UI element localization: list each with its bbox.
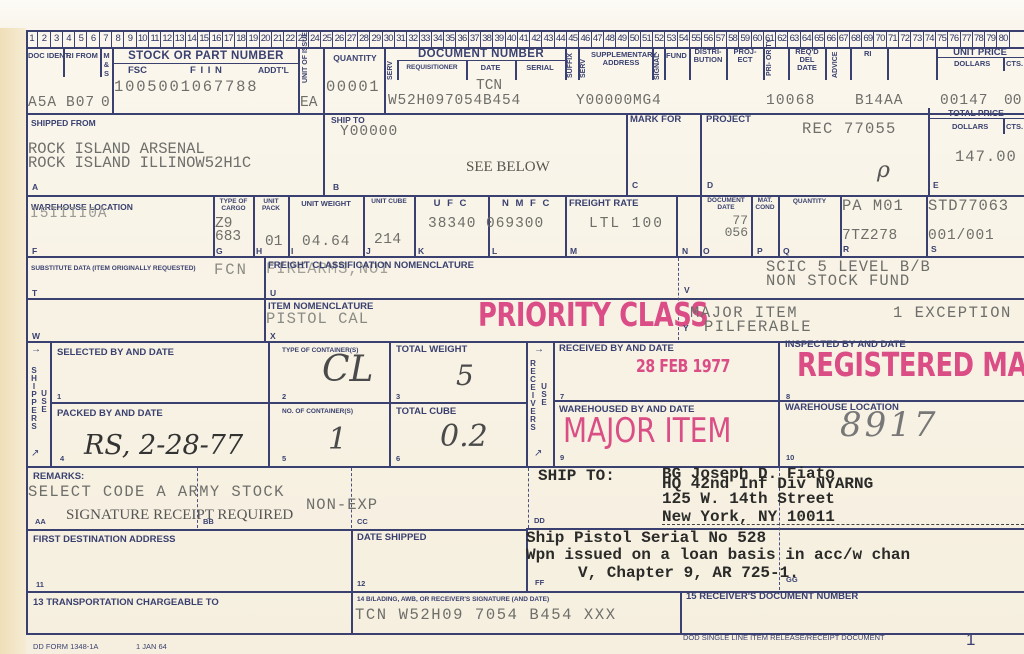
no-of-containers-value: 1 <box>328 425 347 455</box>
block-l-letter: L <box>492 247 497 256</box>
column-number-cell: 64 <box>801 30 813 47</box>
cc-label: CC <box>357 518 368 526</box>
receivers-document-number-label: 15 RECEIVER'S DOCUMENT NUMBER <box>686 592 858 602</box>
column-number-cell: 69 <box>862 30 874 47</box>
column-number-cell: 19 <box>247 30 259 47</box>
m-s-label: M & S <box>101 51 112 78</box>
block-w-letter: W <box>32 332 40 341</box>
column-number-cell: 55 <box>690 30 702 47</box>
column-number-cell: 58 <box>727 30 739 47</box>
column-number-cell: 7 <box>100 30 112 47</box>
serv2-label: SERV <box>580 59 587 78</box>
ufc-label: U F C <box>414 199 488 209</box>
registered-mail-stamp: REGISTERED MAIL <box>797 348 1024 381</box>
stock-or-part-number-label: STOCK OR PART NUMBER <box>114 51 298 63</box>
remarks-line-2: SIGNATURE RECEIPT REQUIRED <box>66 508 293 523</box>
rule <box>323 47 325 113</box>
column-number-cell: 27 <box>346 30 358 47</box>
block-n-letter: N <box>682 247 688 256</box>
quantity-label: QUANTITY <box>326 54 384 63</box>
column-number-cell: 77 <box>961 30 973 47</box>
unit-of-issue-value: EA <box>300 96 317 111</box>
block-m-letter: M <box>570 247 577 256</box>
warehouse-location-value: I5IIII0A <box>30 207 108 222</box>
serv-label: SERV <box>387 61 394 80</box>
rule <box>680 593 682 633</box>
project-code-label: PROJ- ECT <box>728 48 762 64</box>
column-number-cell: 1 <box>26 30 38 47</box>
receivers-warehouse-location-num: 10 <box>786 454 794 462</box>
column-number-cell: 37 <box>469 30 481 47</box>
torn-top-edge <box>0 0 1024 28</box>
block-u-letter: U <box>270 289 276 298</box>
shipped-from-line-2: ROCK ISLAND ILLINOW52H1C <box>28 156 251 172</box>
quantity-value: 00001 <box>326 80 380 96</box>
block-r-line-1: PA M01 <box>842 199 904 215</box>
aa-label: AA <box>35 518 46 526</box>
column-number-cell: 48 <box>604 30 616 47</box>
mark-for-label: MARK FOR <box>630 115 681 125</box>
column-number-cell: 18 <box>235 30 247 47</box>
column-number-cell: 70 <box>874 30 886 47</box>
block-x-letter: X <box>270 332 276 341</box>
column-number-cell: 21 <box>272 30 284 47</box>
column-number-cell: 50 <box>629 30 641 47</box>
column-number-cell: 65 <box>813 30 825 47</box>
ri-from-value: B07 <box>66 96 95 111</box>
mat-cond-label: MAT. COND <box>752 197 778 211</box>
total-price-label: TOTAL PRICE <box>928 109 1024 118</box>
unit-weight-label: UNIT WEIGHT <box>289 200 363 208</box>
column-number-cell: 22 <box>284 30 296 47</box>
unit-cube-label: UNIT CUBE <box>364 198 414 205</box>
type-of-cargo-value: Z9 683 <box>215 218 251 244</box>
rule <box>351 593 353 633</box>
arrow-right-icon: → <box>534 345 544 355</box>
column-number-cell: 49 <box>616 30 628 47</box>
major-item-stamp: MAJOR ITEM <box>563 414 731 448</box>
date-shipped-num: 12 <box>357 580 365 588</box>
column-number-cell: 15 <box>198 30 210 47</box>
packed-by-label: PACKED BY AND DATE <box>57 409 163 419</box>
column-number-cell: 6 <box>87 30 99 47</box>
column-number-cell: 46 <box>579 30 591 47</box>
priority-class-stamp: PRIORITY CLASS <box>478 298 708 331</box>
block-s-letter: S <box>931 245 937 254</box>
date-label: DATE <box>466 64 515 72</box>
block-h-letter: H <box>256 247 262 256</box>
type-of-containers-num: 2 <box>282 393 286 401</box>
arrow-up-right-icon: ↗ <box>31 449 39 459</box>
column-number-cell: 72 <box>899 30 911 47</box>
ff-label: FF <box>535 579 544 587</box>
rule <box>700 113 702 195</box>
column-number-cell: 30 <box>383 30 395 47</box>
total-weight-label: TOTAL WEIGHT <box>396 345 467 355</box>
packed-by-num: 4 <box>60 455 64 463</box>
received-by-num: 7 <box>560 393 564 401</box>
shipped-from-label: SHIPPED FROM <box>31 119 96 128</box>
remarks-line-3: NON-EXP <box>306 498 378 514</box>
block-r-line-2: 7TZ278 <box>842 229 898 244</box>
rule <box>763 47 765 80</box>
column-number-cell: 71 <box>887 30 899 47</box>
rule <box>1003 118 1005 134</box>
column-number-cell: 17 <box>223 30 235 47</box>
column-number-cell: 47 <box>592 30 604 47</box>
freight-classification-label: FREIGHT CLASSIFICATION NOMENCLATURE <box>268 261 474 271</box>
rule <box>676 195 678 256</box>
column-number-cell: 38 <box>481 30 493 47</box>
column-number-cell: 67 <box>838 30 850 47</box>
column-number-cell: 35 <box>444 30 456 47</box>
m-s-value: 0 <box>101 96 110 111</box>
column-number-cell: 54 <box>678 30 690 47</box>
total-cube-value: 0.2 <box>440 422 488 452</box>
column-number-row: 1234567891011121314151617181920212223242… <box>26 30 1010 47</box>
column-number-cell: 63 <box>788 30 800 47</box>
column-number-cell: 36 <box>456 30 468 47</box>
rule <box>626 113 628 195</box>
item-nomenclature-value: PISTOL CAL <box>266 312 369 328</box>
first-destination-num: 11 <box>36 581 44 589</box>
ship-to-underline <box>662 524 1024 525</box>
rule <box>26 30 1024 32</box>
project-value: REC 77055 <box>802 122 897 138</box>
total-weight-value: 5 <box>456 362 474 390</box>
bb-label: BB <box>203 518 214 526</box>
suffix-label: SUFFIX <box>567 53 574 78</box>
column-number-cell: 57 <box>715 30 727 47</box>
column-number-cell: 53 <box>665 30 677 47</box>
ri-from-label: RI FROM <box>66 52 98 60</box>
substitute-data-label: SUBSTITUTE DATA (ITEM ORIGINALLY REQUEST… <box>31 266 196 273</box>
block-f-letter: F <box>32 247 37 256</box>
bill-of-lading-value: TCN W52H09 7054 B454 XXX <box>355 608 617 624</box>
dd-label: DD <box>534 517 545 525</box>
fsc-label: FSC <box>128 66 147 76</box>
receivers-side-label: RECEIVERS <box>528 360 538 432</box>
nmfc-label: N M F C <box>502 199 551 209</box>
no-of-containers-label: NO. OF CONTAINER(S) <box>282 409 353 416</box>
type-of-containers-value: CL <box>322 352 373 388</box>
block-y-exception: 1 EXCEPTION <box>893 306 1012 322</box>
column-number-cell: 59 <box>739 30 751 47</box>
rule <box>26 466 1024 468</box>
column-number-cell: 24 <box>309 30 321 47</box>
rule <box>565 195 567 256</box>
unit-price-label: UNIT PRICE <box>936 48 1024 58</box>
rule <box>50 402 526 404</box>
unit-of-issue-label: UNIT OF ISSUE <box>302 32 309 83</box>
ship-to-block-label: SHIP TO: <box>538 468 615 484</box>
rule <box>26 591 1024 593</box>
column-number-cell: 10 <box>137 30 149 47</box>
packed-by-value: RS, 2-28-77 <box>84 432 243 459</box>
column-number-cell: 66 <box>825 30 837 47</box>
received-by-label: RECEIVED BY AND DATE <box>559 344 674 354</box>
rule <box>553 343 555 466</box>
serial-label: SERIAL <box>515 64 565 72</box>
column-number-cell: 4 <box>63 30 75 47</box>
distribution-label: DISTRI- BUTION <box>690 48 726 64</box>
document-date-label: DOCUMENT DATE <box>701 197 751 211</box>
rule <box>26 30 28 634</box>
rule <box>26 113 1024 115</box>
warehoused-by-num: 9 <box>560 454 564 462</box>
form-number: DD FORM 1348-1A <box>33 643 98 651</box>
column-number-cell: 26 <box>333 30 345 47</box>
block-t-letter: T <box>32 289 37 298</box>
block-g-letter: G <box>216 247 223 256</box>
column-number-cell: 73 <box>911 30 923 47</box>
selected-by-num: 1 <box>57 393 61 401</box>
received-date-stamp: 28 FEB 1977 <box>636 358 730 376</box>
use-side-label: USE <box>39 390 49 414</box>
total-cube-label: TOTAL CUBE <box>396 407 456 417</box>
column-number-cell: 79 <box>985 30 997 47</box>
inspected-by-num: 8 <box>786 393 790 401</box>
column-number-cell: 51 <box>641 30 653 47</box>
block-o-letter: O <box>703 247 710 256</box>
column-number-cell: 62 <box>776 30 788 47</box>
rule <box>928 118 1024 119</box>
column-number-cell: 42 <box>530 30 542 47</box>
rule <box>389 343 391 466</box>
quantity-q-label: QUANTITY <box>779 199 840 206</box>
use-side-label: USE <box>539 383 549 407</box>
arrow-right-icon: → <box>31 345 41 355</box>
column-number-cell: 75 <box>936 30 948 47</box>
column-number-cell: 45 <box>567 30 579 47</box>
column-number-cell: 68 <box>850 30 862 47</box>
block-y-line-2: PILFERABLE <box>704 320 812 336</box>
remarks-label: REMARKS: <box>33 472 84 482</box>
freight-rate-value: LTL 100 <box>589 217 664 232</box>
column-number-cell: 32 <box>407 30 419 47</box>
unit-pack-value: 01 <box>265 235 282 250</box>
ship-to-value: Y00000 <box>340 125 398 140</box>
dd-form-1348-1a: 1234567891011121314151617181920212223242… <box>0 0 1024 654</box>
ship-to-note: SEE BELOW <box>466 160 550 175</box>
freight-rate-label: FREIGHT RATE <box>569 199 639 209</box>
total-price-cts-label: CTS. <box>1006 123 1023 131</box>
total-price-dollars-label: DOLLARS <box>952 123 988 131</box>
stock-number-value: 1005001067788 <box>114 80 258 96</box>
project-label: PROJECT <box>706 115 751 125</box>
ri-label: RI <box>864 50 872 58</box>
receivers-warehouse-location-value: 8917 <box>840 408 939 442</box>
column-number-cell: 8 <box>112 30 124 47</box>
block-c-letter: C <box>632 181 638 190</box>
unit-weight-value: 04.64 <box>302 235 351 250</box>
doc-ident-value: A5A <box>28 96 57 111</box>
block-q-letter: Q <box>783 247 790 256</box>
project-priority-value: 10068 <box>766 94 816 109</box>
document-number-label: DOCUMENT NUMBER <box>397 49 565 61</box>
first-destination-label: FIRST DESTINATION ADDRESS <box>33 535 176 545</box>
rule <box>1003 57 1005 71</box>
column-number-cell: 33 <box>420 30 432 47</box>
unit-price-cts-label: CTS. <box>1006 60 1023 68</box>
bill-of-lading-label: 14 B/LADING, AWB, OR RECEIVER'S SIGNATUR… <box>357 597 549 604</box>
column-number-cell: 52 <box>653 30 665 47</box>
block-s-line-1: STD77063 <box>928 199 1009 215</box>
rule <box>778 343 780 466</box>
column-number-cell: 78 <box>973 30 985 47</box>
handwritten-initial: ρ <box>877 160 890 182</box>
transportation-chargeable-label: 13 TRANSPORTATION CHARGEABLE TO <box>33 598 219 608</box>
block-e-letter: E <box>933 181 939 190</box>
rule <box>384 47 386 113</box>
date-shipped-label: DATE SHIPPED <box>357 533 427 543</box>
rule <box>928 108 930 195</box>
column-number-cell: 16 <box>210 30 222 47</box>
column-number-cell: 2 <box>38 30 50 47</box>
rule <box>825 47 827 80</box>
column-number-cell: 76 <box>948 30 960 47</box>
rule <box>323 113 325 195</box>
column-number-cell: 28 <box>358 30 370 47</box>
unit-price-cts-value: 00 <box>1004 94 1021 109</box>
column-number-cell: 56 <box>702 30 714 47</box>
block-k-letter: K <box>418 247 424 256</box>
block-r-letter: R <box>843 245 849 254</box>
fiin-label: F I I N <box>190 66 223 76</box>
column-number-cell: 40 <box>506 30 518 47</box>
document-date-value: 77 056 <box>708 215 748 240</box>
supplementary-address-value: Y00000MG4 <box>576 94 662 109</box>
column-number-cell: 41 <box>518 30 530 47</box>
column-number-cell: 5 <box>75 30 87 47</box>
column-number-cell: 14 <box>186 30 198 47</box>
rule <box>50 343 52 466</box>
ship-to-block-line-3: 125 W. 14th Street <box>662 491 835 507</box>
column-number-cell: 43 <box>542 30 554 47</box>
advice-label: ADVICE <box>832 52 839 78</box>
no-of-containers-num: 5 <box>282 455 286 463</box>
rule <box>850 47 852 80</box>
unit-price-dollars-label: DOLLARS <box>954 60 990 68</box>
remarks-line-1: SELECT CODE A ARMY STOCK <box>28 485 285 501</box>
doc-ident-label: DOC IDENT. <box>28 52 62 60</box>
tcn-label: TCN <box>476 79 502 94</box>
unit-price-value: 00147 <box>940 94 989 109</box>
column-number-cell: 3 <box>51 30 63 47</box>
substitute-data-value: FCN <box>214 263 248 279</box>
total-price-value: 147.00 <box>955 150 1017 166</box>
block-v-line-2: NON STOCK FUND <box>766 274 910 290</box>
column-number-cell: 39 <box>493 30 505 47</box>
column-number-cell: 20 <box>260 30 272 47</box>
column-number-cell: 12 <box>161 30 173 47</box>
form-title: DOD SINGLE LINE ITEM RELEASE/RECEIPT DOC… <box>683 634 885 642</box>
block-p-letter: P <box>757 247 763 256</box>
nmfc-value: 069300 <box>486 217 544 232</box>
selected-by-label: SELECTED BY AND DATE <box>57 348 174 358</box>
ufc-value: 38340 <box>428 217 477 232</box>
column-number-cell: 44 <box>555 30 567 47</box>
unit-cube-value: 214 <box>374 233 402 248</box>
column-number-cell: 74 <box>924 30 936 47</box>
column-number-cell: 11 <box>149 30 161 47</box>
dashed-rule <box>528 468 529 528</box>
column-number-cell: 13 <box>174 30 186 47</box>
addtl-label: ADDT'L <box>258 66 289 75</box>
instructions-line-1: Ship Pistol Serial No 528 <box>526 530 766 546</box>
unit-pack-label: UNIT PACK <box>254 198 288 213</box>
rule <box>26 529 526 531</box>
fund-label: FUND <box>666 52 687 60</box>
block-v-letter: V <box>684 286 690 295</box>
block-j-letter: J <box>366 247 371 256</box>
signal-label: SIGNAL <box>654 54 661 80</box>
rule <box>268 343 270 466</box>
rule <box>112 63 298 64</box>
column-number-cell: 9 <box>124 30 136 47</box>
block-s-line-2: 001/001 <box>928 229 995 244</box>
ship-to-block-line-4: New York, NY 10011 <box>662 509 835 525</box>
document-number-value: W52H097054B454 <box>388 94 521 109</box>
total-weight-num: 3 <box>396 393 400 401</box>
requisitioner-label: REQUISITIONER <box>398 65 466 72</box>
column-number-cell: 60 <box>752 30 764 47</box>
reqd-del-date-label: REQ'D DEL DATE <box>789 48 825 72</box>
instructions-line-3: V, Chapter 9, AR 725-1. <box>578 565 799 581</box>
column-number-cell: 34 <box>432 30 444 47</box>
block-b-letter: B <box>333 183 339 192</box>
block-y-letter: Y <box>683 324 689 333</box>
shippers-side-label: SHIPPERS <box>29 367 39 431</box>
gg-label: GG <box>786 576 798 584</box>
ri-value: B14AA <box>855 94 904 109</box>
type-of-cargo-label: TYPE OF CARGO <box>214 198 253 213</box>
column-number-cell: 29 <box>370 30 382 47</box>
form-date: 1 JAN 64 <box>136 643 167 651</box>
block-a-letter: A <box>32 183 38 192</box>
column-number-cell: 80 <box>997 30 1009 47</box>
rule <box>887 47 889 80</box>
total-cube-num: 6 <box>396 455 400 463</box>
priority-label: PRI- ORITY <box>766 39 773 76</box>
column-number-cell: 31 <box>395 30 407 47</box>
block-d-letter: D <box>707 181 713 190</box>
block-i-letter: I <box>291 247 293 256</box>
rule <box>351 529 353 591</box>
instructions-line-2: Wpn issued on a loan basis in acc/w chan <box>526 547 910 563</box>
supplementary-address-label: SUPPLEMENTARY ADDRESS <box>591 51 651 67</box>
copy-number: 1 <box>966 631 975 648</box>
arrow-up-right-icon: ↗ <box>534 449 542 459</box>
column-number-cell: 25 <box>321 30 333 47</box>
